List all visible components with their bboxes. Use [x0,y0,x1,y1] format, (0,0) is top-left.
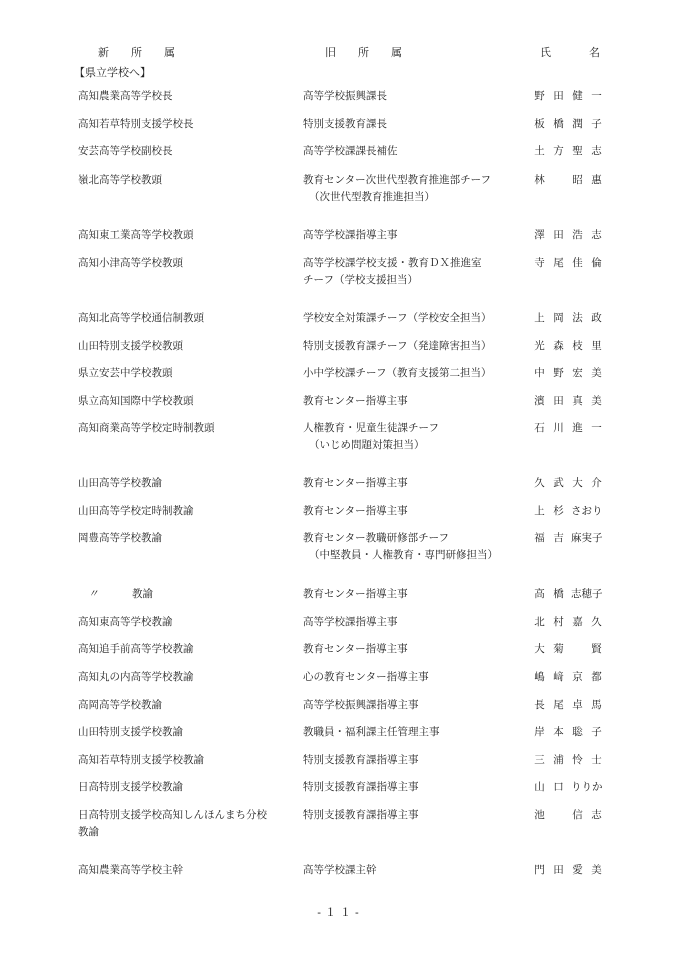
new-position-subtext: 教諭 [78,824,278,841]
new-position-text: 高知北高等学校通信制教頭 [78,312,204,324]
name-char: 岡 [549,310,568,327]
name-char: 健 [568,88,587,105]
name-char: 野 [530,88,549,105]
new-position-text: 県立高知国際中学校教頭 [78,395,194,407]
old-position: 心の教育センター指導主事 [303,669,513,686]
new-position: 〃教諭 [78,586,278,603]
name-char: 尾 [549,697,568,714]
old-position-subtext: （いじめ問題対策担当） [303,437,513,454]
name-char: 昭 [568,172,587,189]
new-position-text: 山田特別支援学校教諭 [78,726,183,738]
person-name: 寺尾佳倫 [530,255,610,272]
new-position: 安芸高等学校副校長 [78,143,278,160]
new-position: 高知商業高等学校定時制教頭 [78,420,278,437]
old-position: 特別支援教育課指導主事 [303,779,513,796]
name-char: 福 [530,530,549,547]
new-position: 嶺北高等学校教頭 [78,172,278,189]
new-position-text: 山田特別支援学校教頭 [78,340,183,352]
person-name: 石川進一 [530,420,610,437]
name-char: 聖 [568,143,587,160]
name-char: 子 [587,724,606,741]
old-position: 小中学校課チーフ（教育支援第二担当） [303,365,513,382]
new-position-text: 県立安芸中学校教頭 [78,367,173,379]
name-char: 聡 [568,724,587,741]
name-char: 潤 [568,116,587,133]
name-char: りりか [568,779,603,796]
name-char: 方 [549,143,568,160]
person-name: 大菊賢 [530,641,610,658]
name-char [549,172,568,189]
person-name: 上杉さおり [530,503,610,520]
person-name: 岸本聡子 [530,724,610,741]
name-char: 里 [587,338,606,355]
name-char: 板 [530,116,549,133]
name-char: 石 [530,420,549,437]
new-position: 県立安芸中学校教頭 [78,365,278,382]
name-char: 田 [549,393,568,410]
name-char: 嘉 [568,614,587,631]
old-position: 教育センター指導主事 [303,475,513,492]
old-position-subtext: チーフ（学校支援担当） [303,272,513,289]
name-char: 志 [587,143,606,160]
person-name: 池信志 [530,807,610,824]
new-position: 高知東高等学校教諭 [78,614,278,631]
name-char: 志 [587,227,606,244]
page-number: -１１- [0,904,680,920]
new-position: 高知追手前高等学校教諭 [78,641,278,658]
new-position-text: 高知商業高等学校定時制教頭 [78,422,215,434]
old-position: 学校安全対策課チーフ（学校安全担当） [303,310,513,327]
name-char: 濱 [530,393,549,410]
person-name: 長尾卓馬 [530,697,610,714]
old-position-text: 特別支援教育課チーフ（発達障害担当） [303,340,491,352]
name-char: 愛 [568,862,587,879]
name-char: 橋 [549,116,568,133]
person-name: 高橋志穂子 [530,586,610,603]
name-char: 佳 [568,255,587,272]
old-position-text: 教育センター指導主事 [303,588,408,600]
name-char: 美 [587,365,606,382]
name-char: 馬 [587,697,606,714]
name-char: 中 [530,365,549,382]
name-char: 枝 [568,338,587,355]
person-name: 久武大介 [530,475,610,492]
header-char: 旧 [325,44,336,60]
new-position-text: 岡豊高等学校教諭 [78,532,162,544]
name-char: 池 [530,807,549,824]
new-position: 高知農業高等学校長 [78,88,278,105]
name-char [549,807,568,824]
new-position: 山田特別支援学校教諭 [78,724,278,741]
old-position: 教育センター指導主事 [303,586,513,603]
new-position-text: 山田高等学校教諭 [78,477,162,489]
name-char: 都 [587,669,606,686]
name-char: 賢 [587,641,606,658]
name-char: 京 [568,669,587,686]
old-position-text: 特別支援教育課指導主事 [303,809,419,821]
new-position-text: 日高特別支援学校教諭 [78,781,183,793]
old-position-text: 人権教育・児童生徒課チーフ [303,422,439,434]
name-char: 美 [587,393,606,410]
new-position: 高知丸の内高等学校教諭 [78,669,278,686]
new-position-text: 教諭 [132,588,153,600]
name-char: 美 [587,862,606,879]
name-char: 寺 [530,255,549,272]
old-position: 高等学校課学校支援・教育ＤＸ推進室チーフ（学校支援担当） [303,255,513,289]
old-position-text: 教育センター次世代型教育推進部チーフ [303,174,491,186]
new-position: 高知北高等学校通信制教頭 [78,310,278,327]
new-position: 山田高等学校定時制教諭 [78,503,278,520]
new-position-text: 高知小津高等学校教頭 [78,257,183,269]
new-position-text: 高知若草特別支援学校教諭 [78,754,204,766]
old-position: 高等学校課課長補佐 [303,143,513,160]
name-char: 高 [530,586,549,603]
old-position-text: 学校安全対策課チーフ（学校安全担当） [303,312,491,324]
new-position-text: 高知農業高等学校主幹 [78,864,183,876]
new-position: 山田特別支援学校教頭 [78,338,278,355]
person-name: 板橋潤子 [530,116,610,133]
ditto-mark: 〃 [78,586,132,603]
new-position: 高知農業高等学校主幹 [78,862,278,879]
new-position-text: 高知農業高等学校長 [78,90,173,102]
name-char: 﨑 [549,669,568,686]
new-position-text: 安芸高等学校副校長 [78,145,173,157]
new-position-text: 嶺北高等学校教頭 [78,174,162,186]
name-char: 久 [530,475,549,492]
old-position-text: 高等学校課主幹 [303,864,377,876]
name-char: 志穂子 [568,586,603,603]
name-char: 田 [549,862,568,879]
name-char: 澤 [530,227,549,244]
old-position-text: 小中学校課チーフ（教育支援第二担当） [303,367,491,379]
name-char: 山 [530,779,549,796]
old-position: 教育センター指導主事 [303,641,513,658]
name-char: 土 [530,143,549,160]
old-position-text: 教育センター指導主事 [303,505,408,517]
new-position: 山田高等学校教諭 [78,475,278,492]
name-char: 武 [549,475,568,492]
old-position: 人権教育・児童生徒課チーフ（いじめ問題対策担当） [303,420,513,454]
name-char: 久 [587,614,606,631]
name-char [568,641,587,658]
new-position: 日高特別支援学校高知しんほんまち分校教諭 [78,807,278,841]
name-char: 田 [549,227,568,244]
name-char: 吉 [549,530,568,547]
old-position: 特別支援教育課指導主事 [303,752,513,769]
name-char: 林 [530,172,549,189]
old-position-text: 特別支援教育課指導主事 [303,781,419,793]
new-position: 高知小津高等学校教頭 [78,255,278,272]
name-char: 上 [530,503,549,520]
person-name: 中野宏美 [530,365,610,382]
new-position: 高知東工業高等学校教頭 [78,227,278,244]
person-name: 光森枝里 [530,338,610,355]
old-position-text: 教育センター指導主事 [303,395,408,407]
new-position-text: 高知東高等学校教諭 [78,616,173,628]
old-position: 高等学校振興課長 [303,88,513,105]
name-char: 田 [549,88,568,105]
header-old-position: 旧所属 [325,44,424,60]
old-position-text: 高等学校課指導主事 [303,229,398,241]
old-position-text: 高等学校振興課長 [303,90,387,102]
name-char: 森 [549,338,568,355]
person-name: 嶋﨑京都 [530,669,610,686]
new-position: 高知若草特別支援学校長 [78,116,278,133]
name-char: 子 [587,116,606,133]
old-position-text: 特別支援教育課長 [303,118,387,130]
old-position-text: 高等学校課学校支援・教育ＤＸ推進室 [303,257,482,269]
name-char: 光 [530,338,549,355]
name-char: 野 [549,365,568,382]
new-position: 岡豊高等学校教諭 [78,530,278,547]
old-position-text: 教育センター指導主事 [303,477,408,489]
header-char: 氏 [540,44,551,60]
old-position-text: 教育センター教職研修部チーフ [303,532,449,544]
name-char: 麻実子 [568,530,603,547]
person-name: 濱田真美 [530,393,610,410]
name-char: 志 [587,807,606,824]
name-char: 進 [568,420,587,437]
old-position: 高等学校課指導主事 [303,227,513,244]
name-char: 一 [587,420,606,437]
person-name: 門田愛美 [530,862,610,879]
name-char: 士 [587,752,606,769]
person-name: 三浦怜士 [530,752,610,769]
name-char: 北 [530,614,549,631]
person-name: 北村嘉久 [530,614,610,631]
name-char: 菊 [549,641,568,658]
new-position-text: 高岡高等学校教諭 [78,699,162,711]
name-char: 怜 [568,752,587,769]
old-position-subtext: （次世代型教育推進担当） [303,189,513,206]
old-position-text: 教職員・福利課主任管理主事 [303,726,440,738]
name-char: 法 [568,310,587,327]
name-char: 浦 [549,752,568,769]
name-char: 長 [530,697,549,714]
old-position-text: 特別支援教育課指導主事 [303,754,419,766]
new-position-text: 高知若草特別支援学校長 [78,118,194,130]
new-position: 日高特別支援学校教諭 [78,779,278,796]
old-position: 特別支援教育課長 [303,116,513,133]
name-char: 門 [530,862,549,879]
name-char: 真 [568,393,587,410]
person-name: 山口りりか [530,779,610,796]
old-position: 高等学校課指導主事 [303,614,513,631]
section-label: 【県立学校へ】 [74,64,151,80]
old-position-text: 教育センター指導主事 [303,643,408,655]
name-char: 倫 [587,255,606,272]
name-char: 惠 [587,172,606,189]
new-position-text: 高知追手前高等学校教諭 [78,643,194,655]
old-position: 教育センター指導主事 [303,393,513,410]
name-char: 一 [587,88,606,105]
name-char: 上 [530,310,549,327]
name-char: 村 [549,614,568,631]
name-char: 杉 [549,503,568,520]
name-char: 嶋 [530,669,549,686]
name-char: 浩 [568,227,587,244]
old-position-text: 高等学校振興課指導主事 [303,699,419,711]
name-char: 大 [568,475,587,492]
new-position: 高知若草特別支援学校教諭 [78,752,278,769]
header-char: 属 [164,44,175,60]
new-position-text: 山田高等学校定時制教諭 [78,505,194,517]
person-name: 福吉麻実子 [530,530,610,547]
new-position-text: 日高特別支援学校高知しんほんまち分校 [78,809,267,821]
name-char: 岸 [530,724,549,741]
header-new-position: 新所属 [98,44,197,60]
old-position: 高等学校振興課指導主事 [303,697,513,714]
old-position-text: 高等学校課指導主事 [303,616,398,628]
header-name: 氏名 [540,44,638,60]
old-position-text: 高等学校課課長補佐 [303,145,398,157]
header-char: 所 [131,44,142,60]
name-char: 橋 [549,586,568,603]
person-name: 野田健一 [530,88,610,105]
header-char: 名 [589,44,600,60]
old-position-subtext: （中堅教員・人権教育・専門研修担当） [303,547,513,564]
new-position: 県立高知国際中学校教頭 [78,393,278,410]
old-position: 教職員・福利課主任管理主事 [303,724,513,741]
header-char: 所 [358,44,369,60]
name-char: 尾 [549,255,568,272]
person-name: 澤田浩志 [530,227,610,244]
name-char: 三 [530,752,549,769]
name-char: 本 [549,724,568,741]
header-char: 新 [98,44,109,60]
header-char: 属 [391,44,402,60]
name-char: 川 [549,420,568,437]
old-position: 教育センター指導主事 [303,503,513,520]
name-char: 信 [568,807,587,824]
name-char: 介 [587,475,606,492]
person-name: 土方聖志 [530,143,610,160]
old-position: 特別支援教育課指導主事 [303,807,513,824]
person-name: 林昭惠 [530,172,610,189]
old-position: 高等学校課主幹 [303,862,513,879]
name-char: さおり [568,503,603,520]
person-name: 上岡法政 [530,310,610,327]
old-position-text: 心の教育センター指導主事 [303,671,429,683]
name-char: 口 [549,779,568,796]
old-position: 教育センター次世代型教育推進部チーフ（次世代型教育推進担当） [303,172,513,206]
name-char: 政 [587,310,606,327]
new-position: 高岡高等学校教諭 [78,697,278,714]
new-position-text: 高知東工業高等学校教頭 [78,229,194,241]
name-char: 大 [530,641,549,658]
name-char: 宏 [568,365,587,382]
old-position: 特別支援教育課チーフ（発達障害担当） [303,338,513,355]
name-char: 卓 [568,697,587,714]
old-position: 教育センター教職研修部チーフ（中堅教員・人権教育・専門研修担当） [303,530,513,564]
new-position-text: 高知丸の内高等学校教諭 [78,671,194,683]
